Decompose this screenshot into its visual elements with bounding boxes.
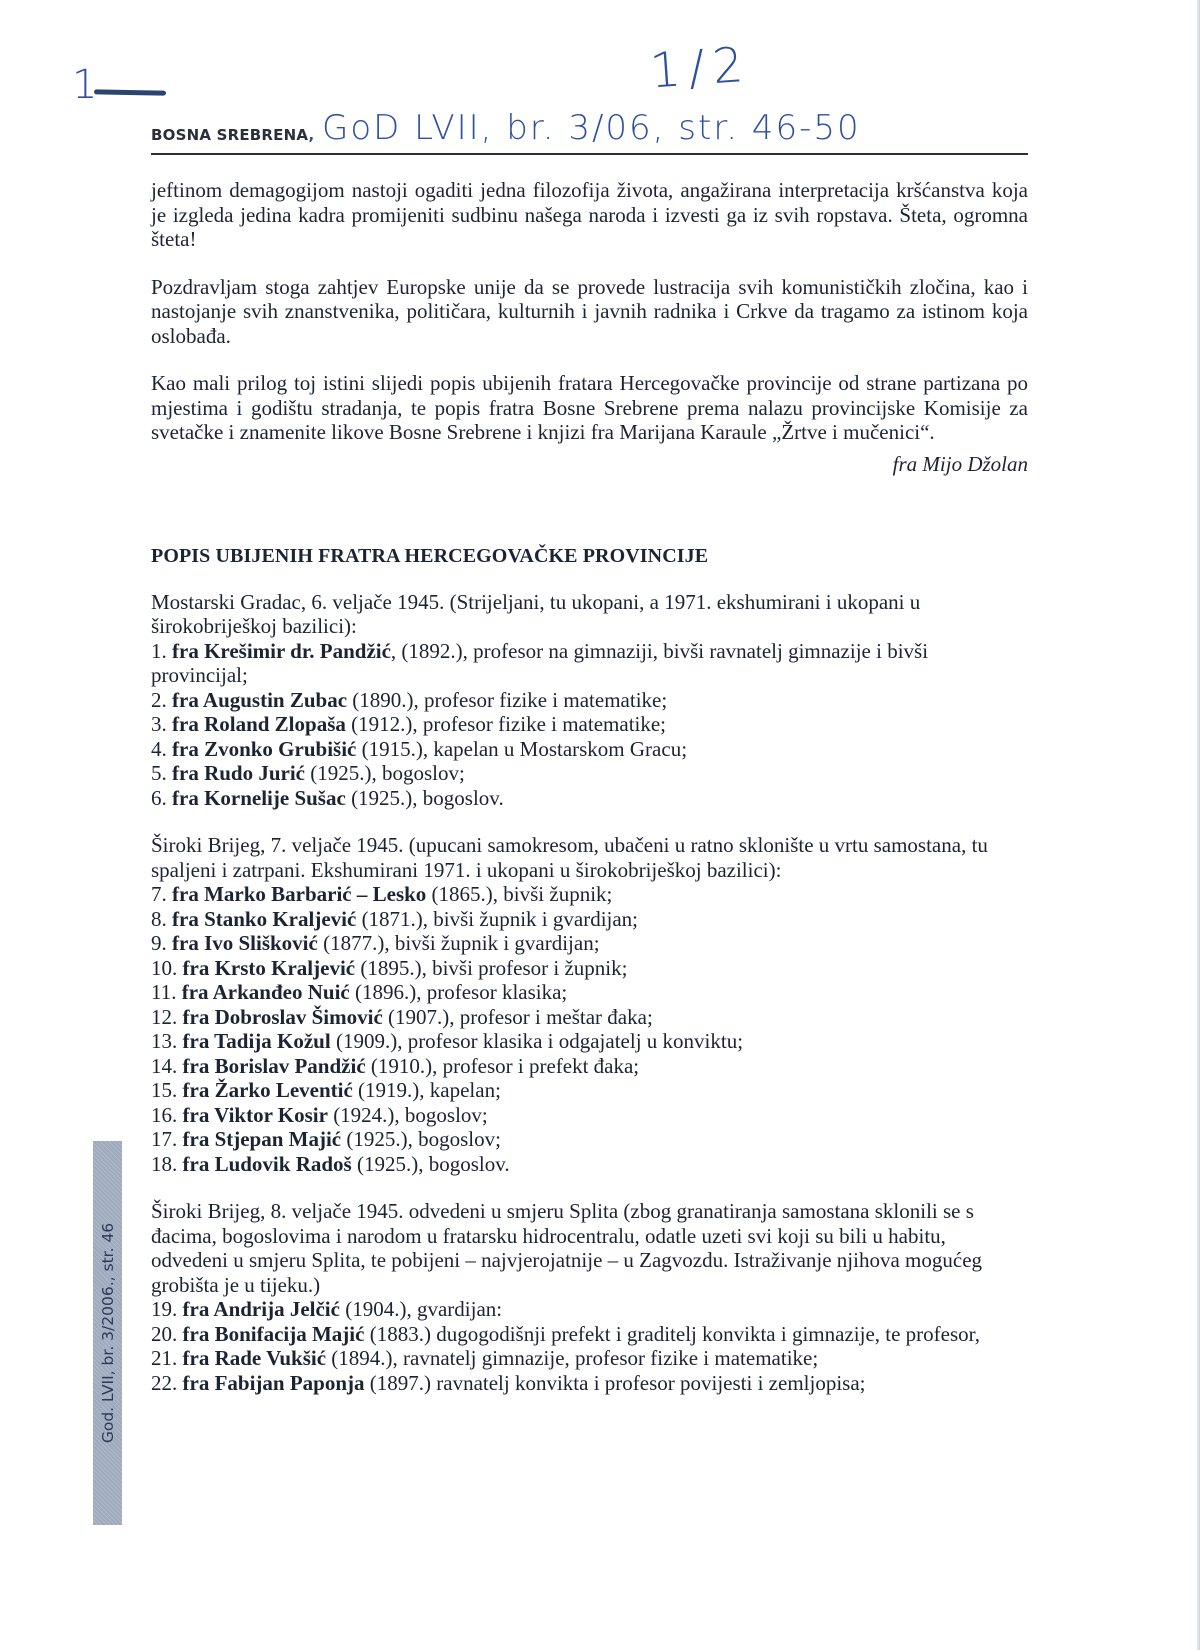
intro-paragraph: jeftinom demagogijom nastoji ogaditi jed… [151, 178, 1028, 252]
entry-name: fra Tadija Kožul [183, 1029, 331, 1053]
entry-number: 9. [151, 931, 167, 955]
entry-detail: (1924.), bogoslov; [328, 1103, 488, 1127]
entry-number: 11. [151, 980, 176, 1004]
entry-name: fra Fabijan Paponja [183, 1371, 365, 1395]
list-item: 8. fra Stanko Kraljević (1871.), bivši ž… [151, 907, 1028, 932]
list-item: 17. fra Stjepan Majić (1925.), bogoslov; [151, 1127, 1028, 1152]
entry-number: 3. [151, 712, 167, 736]
handwritten-fraction: 1/2 [648, 37, 753, 100]
entry-number: 15. [151, 1078, 177, 1102]
handwritten-page-mark: 1 [72, 62, 97, 108]
entry-number: 17. [151, 1127, 177, 1151]
group-intro: Mostarski Gradac, 6. veljače 1945. (Stri… [151, 590, 1028, 639]
entry-number: 16. [151, 1103, 177, 1127]
entry-name: fra Žarko Leventić [183, 1078, 353, 1102]
list-item: 6. fra Kornelije Sušac (1925.), bogoslov… [151, 786, 1028, 811]
entry-name: fra Ivo Slišković [172, 931, 318, 955]
document-body: jeftinom demagogijom nastoji ogaditi jed… [151, 178, 1028, 1418]
entry-detail: (1925.), bogoslov; [341, 1127, 501, 1151]
list-item: 11. fra Arkanđeo Nuić (1896.), profesor … [151, 980, 1028, 1005]
list-item: 18. fra Ludovik Radoš (1925.), bogoslov. [151, 1152, 1028, 1177]
entry-name: fra Kornelije Sušac [172, 786, 346, 810]
entry-number: 13. [151, 1029, 177, 1053]
intro-paragraph: Pozdravljam stoga zahtjev Europske unije… [151, 275, 1028, 349]
entry-number: 14. [151, 1054, 177, 1078]
entry-name: fra Augustin Zubac [172, 688, 347, 712]
entry-name: fra Arkanđeo Nuić [182, 980, 350, 1004]
entry-detail: (1894.), ravnatelj gimnazije, profesor f… [326, 1346, 818, 1370]
entry-detail: (1907.), profesor i meštar đaka; [383, 1005, 653, 1029]
entry-detail: (1897.) ravnatelj konvikta i profesor po… [365, 1371, 866, 1395]
list-item: 12. fra Dobroslav Šimović (1907.), profe… [151, 1005, 1028, 1030]
location-group: Široki Brijeg, 8. veljače 1945. odvedeni… [151, 1199, 1028, 1395]
spine-label-text: God. LVII, br. 3/2006., str. 46 [99, 1223, 117, 1443]
list-item: 5. fra Rudo Jurić (1925.), bogoslov; [151, 761, 1028, 786]
entry-name: fra Andrija Jelčić [183, 1297, 340, 1321]
list-item: 10. fra Krsto Kraljević (1895.), bivši p… [151, 956, 1028, 981]
entry-detail: (1883.) dugogodišnji prefekt i graditelj… [364, 1322, 980, 1346]
location-group: Mostarski Gradac, 6. veljače 1945. (Stri… [151, 590, 1028, 811]
header-separator: , [308, 126, 314, 144]
list-item: 22. fra Fabijan Paponja (1897.) ravnatel… [151, 1371, 1028, 1396]
entry-name: fra Dobroslav Šimović [183, 1005, 383, 1029]
spine-label: God. LVII, br. 3/2006., str. 46 [93, 1141, 122, 1525]
section-title: POPIS UBIJENIH FRATRA HERCEGOVAČKE PROVI… [151, 544, 1028, 569]
journal-name: BOSNA SREBRENA [151, 126, 308, 144]
entry-name: fra Rade Vukšić [183, 1346, 327, 1370]
entry-name: fra Roland Zlopaša [172, 712, 346, 736]
list-item: 1. fra Krešimir dr. Pandžić, (1892.), pr… [151, 639, 1028, 688]
entry-detail: (1909.), profesor klasika i odgajatelj u… [331, 1029, 743, 1053]
entry-number: 2. [151, 688, 167, 712]
entry-number: 18. [151, 1152, 177, 1176]
group-intro: Široki Brijeg, 8. veljače 1945. odvedeni… [151, 1199, 1028, 1297]
entry-number: 1. [151, 639, 167, 663]
entry-name: fra Ludovik Radoš [183, 1152, 352, 1176]
entry-name: fra Stanko Kraljević [172, 907, 356, 931]
entry-name: fra Borislav Pandžić [183, 1054, 366, 1078]
entry-number: 5. [151, 761, 167, 785]
list-item: 21. fra Rade Vukšić (1894.), ravnatelj g… [151, 1346, 1028, 1371]
running-head: BOSNA SREBRENA, [151, 126, 314, 144]
group-intro: Široki Brijeg, 7. veljače 1945. (upucani… [151, 833, 1028, 882]
list-item: 19. fra Andrija Jelčić (1904.), gvardija… [151, 1297, 1028, 1322]
author-signature: fra Mijo Džolan [151, 452, 1028, 477]
entry-name: fra Krsto Kraljević [183, 956, 356, 980]
entry-detail: (1912.), profesor fizike i matematike; [346, 712, 666, 736]
entry-name: fra Zvonko Grubišić [172, 737, 356, 761]
handwritten-dash [94, 89, 166, 95]
entry-detail: (1925.), bogoslov. [352, 1152, 510, 1176]
list-item: 13. fra Tadija Kožul (1909.), profesor k… [151, 1029, 1028, 1054]
list-item: 3. fra Roland Zlopaša (1912.), profesor … [151, 712, 1028, 737]
entry-name: fra Stjepan Majić [183, 1127, 342, 1151]
list-item: 2. fra Augustin Zubac (1890.), profesor … [151, 688, 1028, 713]
entry-detail: (1925.), bogoslov. [346, 786, 504, 810]
intro-paragraph: Kao mali prilog toj istini slijedi popis… [151, 371, 1028, 445]
header-rule [151, 153, 1028, 155]
entry-name: fra Marko Barbarić – Lesko [172, 882, 426, 906]
entry-detail: (1919.), kapelan; [353, 1078, 501, 1102]
entry-detail: (1910.), profesor i prefekt đaka; [366, 1054, 639, 1078]
entry-number: 8. [151, 907, 167, 931]
entry-number: 7. [151, 882, 167, 906]
list-item: 4. fra Zvonko Grubišić (1915.), kapelan … [151, 737, 1028, 762]
entry-number: 20. [151, 1322, 177, 1346]
handwritten-reference: GoD LVII, br. 3/06, str. 46-50 [322, 108, 861, 148]
entry-detail: (1925.), bogoslov; [305, 761, 465, 785]
list-item: 16. fra Viktor Kosir (1924.), bogoslov; [151, 1103, 1028, 1128]
entry-number: 21. [151, 1346, 177, 1370]
list-item: 7. fra Marko Barbarić – Lesko (1865.), b… [151, 882, 1028, 907]
entry-detail: (1865.), bivši župnik; [426, 882, 612, 906]
entry-number: 12. [151, 1005, 177, 1029]
entry-name: fra Rudo Jurić [172, 761, 305, 785]
list-item: 9. fra Ivo Slišković (1877.), bivši župn… [151, 931, 1028, 956]
entry-number: 10. [151, 956, 177, 980]
entry-detail: (1896.), profesor klasika; [350, 980, 568, 1004]
entry-detail: (1895.), bivši profesor i župnik; [355, 956, 627, 980]
entry-detail: (1904.), gvardijan: [340, 1297, 502, 1321]
victim-list: Mostarski Gradac, 6. veljače 1945. (Stri… [151, 590, 1028, 1396]
entry-number: 22. [151, 1371, 177, 1395]
entry-number: 6. [151, 786, 167, 810]
entry-name: fra Viktor Kosir [183, 1103, 328, 1127]
entry-number: 4. [151, 737, 167, 761]
entry-detail: (1890.), profesor fizike i matematike; [347, 688, 667, 712]
entry-name: fra Bonifacija Majić [183, 1322, 365, 1346]
entry-detail: (1915.), kapelan u Mostarskom Gracu; [356, 737, 687, 761]
entry-number: 19. [151, 1297, 177, 1321]
location-group: Široki Brijeg, 7. veljače 1945. (upucani… [151, 833, 1028, 1176]
entry-detail: (1871.), bivši župnik i gvardijan; [356, 907, 638, 931]
list-item: 14. fra Borislav Pandžić (1910.), profes… [151, 1054, 1028, 1079]
list-item: 20. fra Bonifacija Majić (1883.) dugogod… [151, 1322, 1028, 1347]
entry-detail: (1877.), bivši župnik i gvardijan; [318, 931, 600, 955]
list-item: 15. fra Žarko Leventić (1919.), kapelan; [151, 1078, 1028, 1103]
entry-name: fra Krešimir dr. Pandžić [172, 639, 391, 663]
